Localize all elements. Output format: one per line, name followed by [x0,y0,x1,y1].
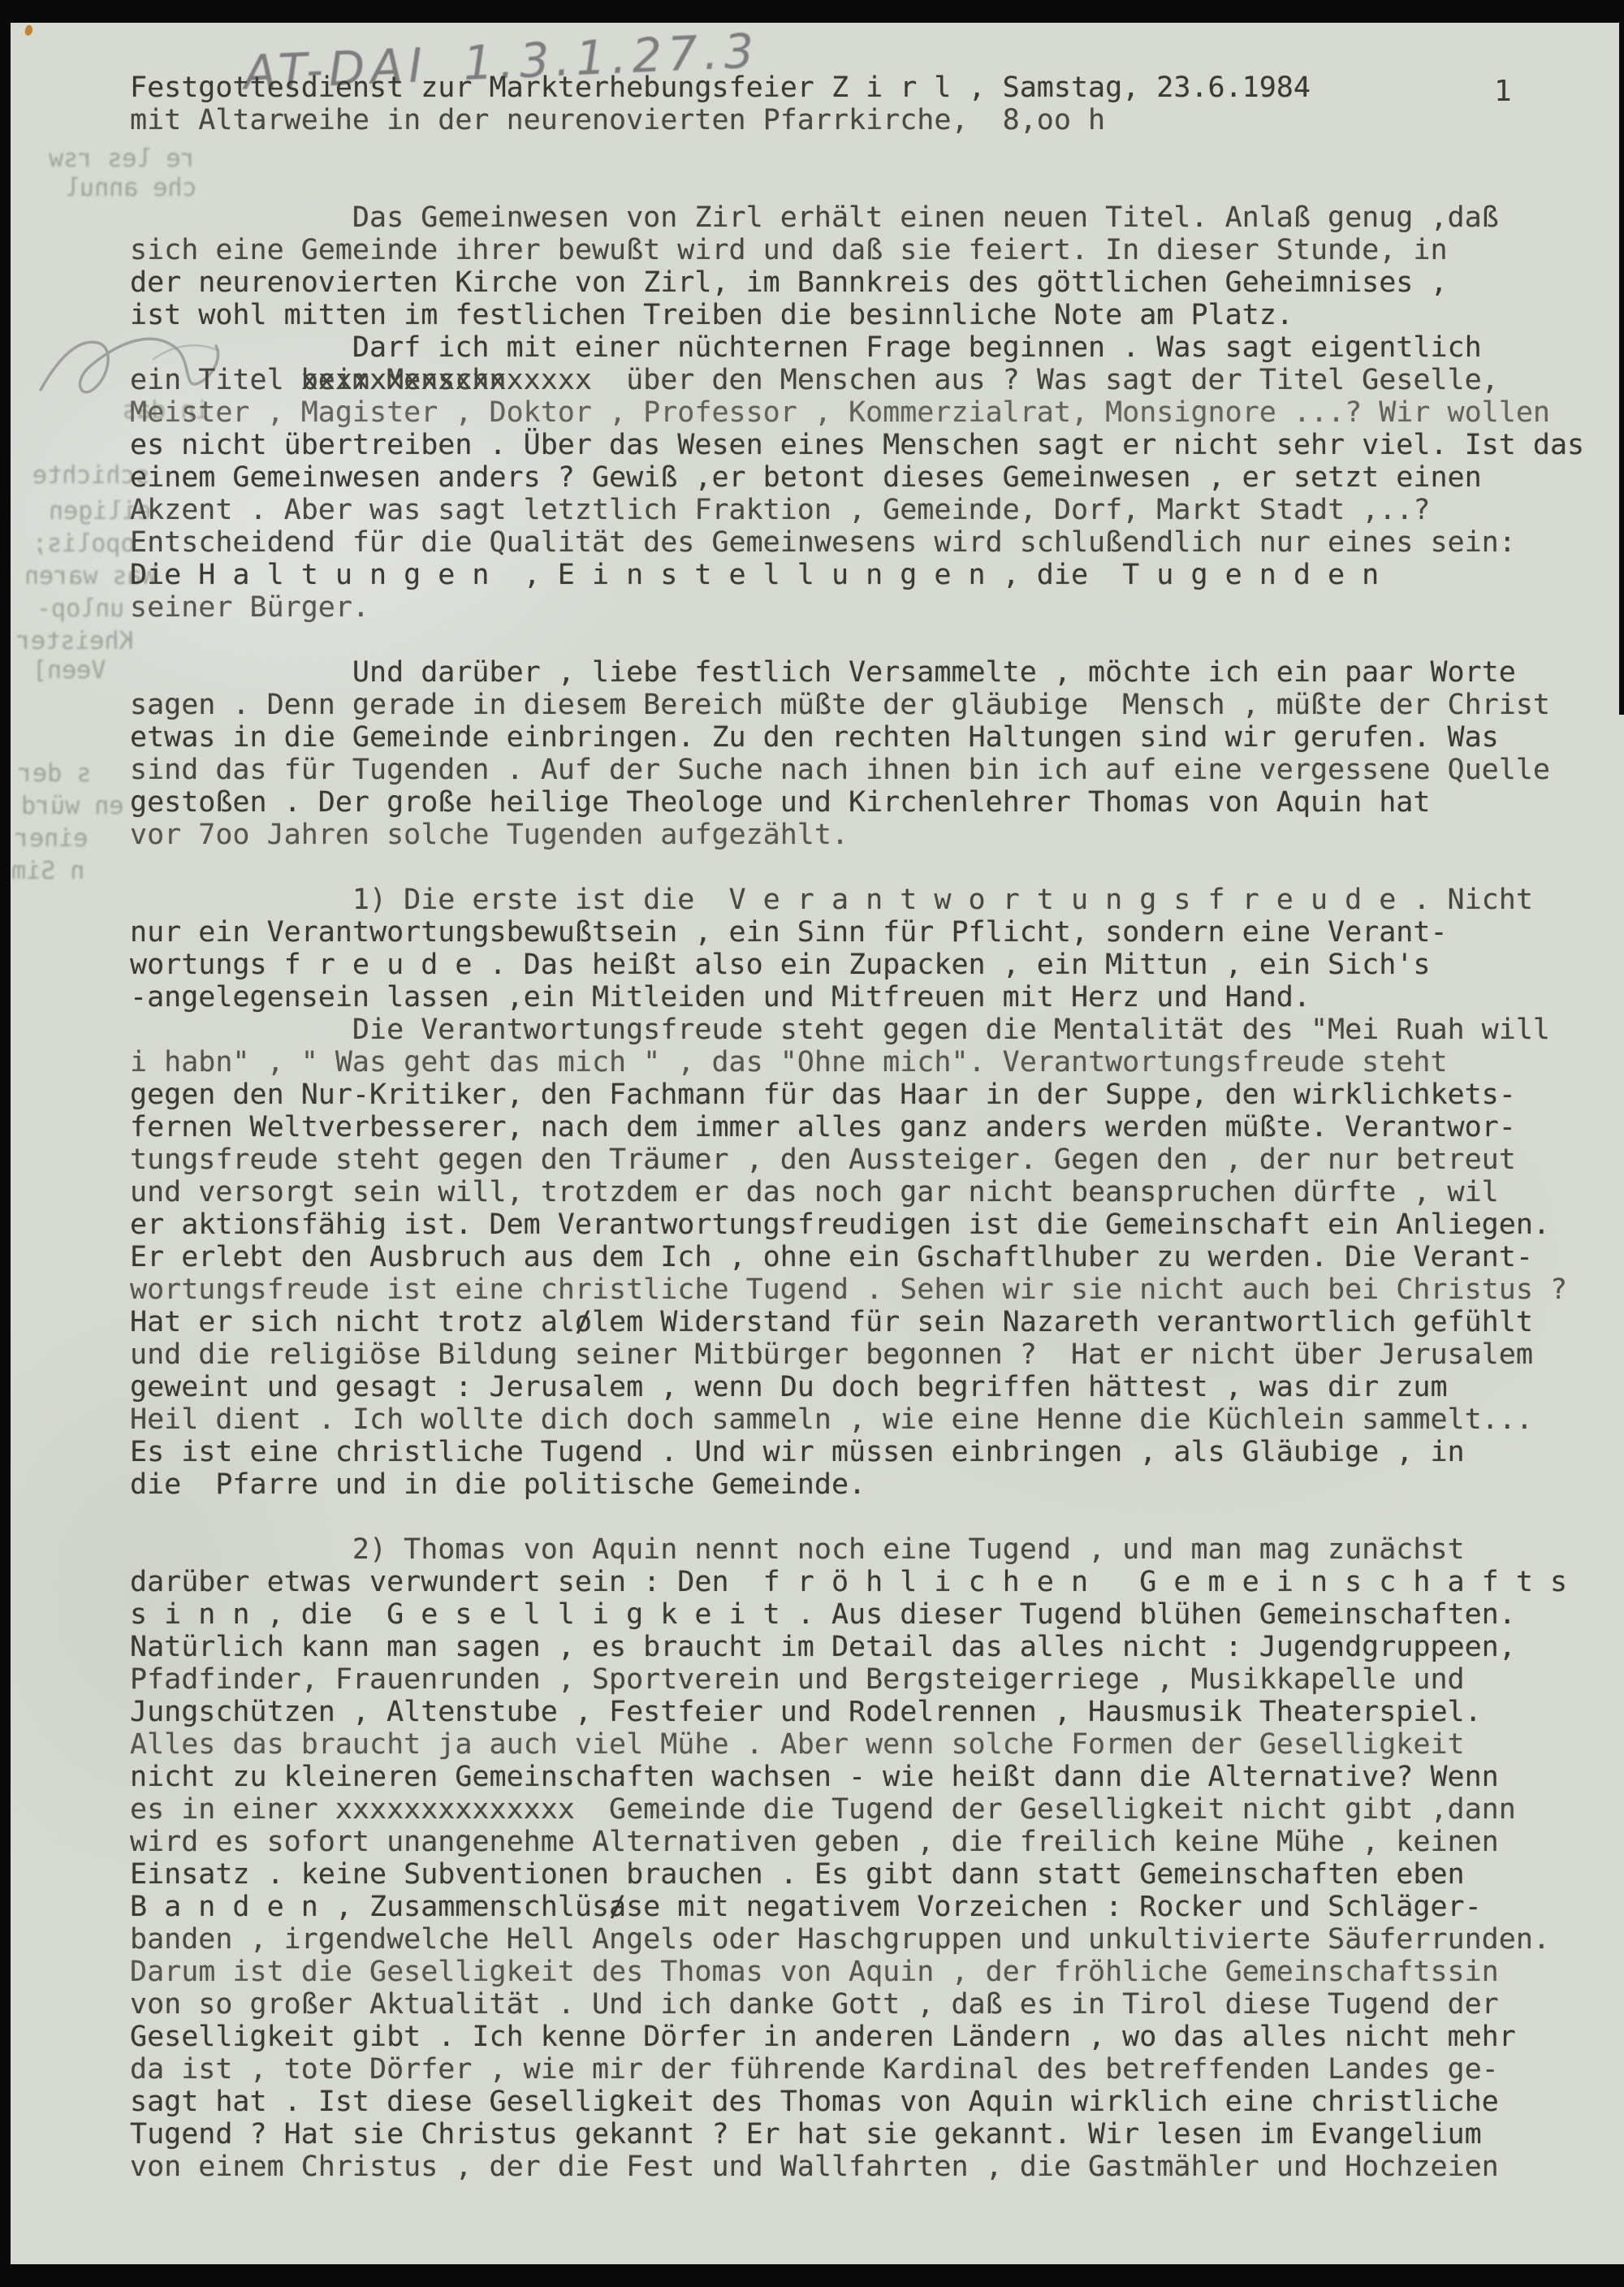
text-line: Heil dient . Ich wollte dich doch sammel… [130,1403,1624,1436]
scan-border-bottom [0,2264,1624,2287]
text-line [130,851,1624,884]
text-line [130,136,1624,169]
text-line: Festgottesdienst zur Markterhebungsfeier… [130,71,1624,104]
text-line: der neurenovierten Kirche von Zirl, im B… [130,266,1624,299]
text-line: und die religiöse Bildung seiner Mitbürg… [130,1338,1624,1371]
document-text: Festgottesdienst zur Markterhebungsfeier… [130,71,1624,2183]
text-line: von einem Christus , der die Fest und Wa… [130,2151,1624,2183]
text-line: -angelegensein lassen ,ein Mitleiden und… [130,981,1624,1014]
text-line: sind das für Tugenden . Auf der Suche na… [130,754,1624,786]
text-line: und versorgt sein will, trotzdem er das … [130,1176,1624,1208]
bleed-through-text: en würd [21,792,123,820]
text-line: es nicht übertreiben . Über das Wesen ei… [130,429,1624,461]
overstruck-text: beimxMenschnxxxxxxxxxxxx [301,364,507,396]
overstruck-text: o/ [575,1306,592,1338]
text-line [130,169,1624,201]
text-line: 1) Die erste ist die V e r a n t w o r t… [130,884,1624,916]
scan-border-top [0,0,1624,23]
text-line: s i n n , die G e s e l l i g k e i t . … [130,1598,1624,1631]
text-line: Das Gemeinwesen von Zirl erhält einen ne… [130,201,1624,234]
text-line: nicht zu kleineren Gemeinschaften wachse… [130,1761,1624,1793]
bleed-through-text: n Sim [11,857,84,885]
text-line: Er erlebt den Ausbruch aus dem Ich , ohn… [130,1241,1624,1273]
text-line: ein Titel beimxMenschnxxxxxxxxxxxxxxxxx … [130,364,1624,396]
text-line: Jungschützen , Altenstube , Festfeier un… [130,1696,1624,1728]
text-line: Entscheidend für die Qualität des Gemein… [130,526,1624,559]
text-line: fernen Weltverbesserer, nach dem immer a… [130,1111,1624,1143]
text-line: wortungsfreude ist eine christliche Tuge… [130,1273,1624,1306]
text-line: er aktionsfähig ist. Dem Verantwortungsf… [130,1208,1624,1241]
text-line: 2) Thomas von Aquin nennt noch eine Tuge… [130,1533,1624,1566]
text-line: Die Verantwortungsfreude steht gegen die… [130,1014,1624,1046]
text-line: tungsfreude steht gegen den Träumer , de… [130,1143,1624,1176]
text-line: Tugend ? Hat sie Christus gekannt ? Er h… [130,2118,1624,2151]
text-line: Es ist eine christliche Tugend . Und wir… [130,1436,1624,1468]
text-line: banden , irgendwelche Hell Angels oder H… [130,1923,1624,1956]
text-line: Natürlich kann man sagen , es braucht im… [130,1631,1624,1663]
bleed-through-text: s der [18,759,91,788]
text-line: von so großer Aktualität . Und ich danke… [130,1988,1624,2021]
text-line: gegen den Nur-Kritiker, den Fachmann für… [130,1079,1624,1111]
text-line: Geselligkeit gibt . Ich kenne Dörfer in … [130,2021,1624,2053]
text-line: vor 7oo Jahren solche Tugenden aufgezähl… [130,819,1624,851]
text-line: gestoßen . Der große heilige Theologe un… [130,786,1624,819]
text-line: i habn" , " Was geht das mich " , das "O… [130,1046,1624,1079]
text-line: Darf ich mit einer nüchternen Frage begi… [130,331,1624,364]
text-line: Pfadfinder, Frauenrunden , Sportverein u… [130,1663,1624,1696]
text-line: einem Gemeinwesen anders ? Gewiß ,er bet… [130,461,1624,494]
text-line: Alles das braucht ja auch viel Mühe . Ab… [130,1728,1624,1761]
bleed-through-text: opolis; [32,530,135,558]
bleed-through-text: unlop- [37,594,124,623]
scanned-document-page: re les rswche annulin dasschichteeiligen… [0,0,1624,2287]
text-line: da ist , tote Dörfer , wie mir der führe… [130,2053,1624,2086]
text-line: sich eine Gemeinde ihrer bewußt wird und… [130,234,1624,266]
text-line [130,1501,1624,1533]
text-line: Meister , Magister , Doktor , Professor … [130,396,1624,429]
text-line: mit Altarweihe in der neurenovierten Pfa… [130,104,1624,136]
text-line: es in einer xxxxxxxxxxxxxx Gemeinde die … [130,1793,1624,1826]
text-line: die Pfarre und in die politische Gemeind… [130,1468,1624,1501]
bleed-through-text: einer [15,824,88,853]
text-line: Akzent . Aber was sagt letztlich Fraktio… [130,494,1624,526]
bleed-through-text: Veen] [32,656,106,685]
text-line: seiner Bürger. [130,591,1624,624]
text-line: Darum ist die Geselligkeit des Thomas vo… [130,1956,1624,1988]
text-line: Hat er sich nicht trotz alo/lem Widersta… [130,1306,1624,1338]
text-line: Und darüber , liebe festlich Versammelte… [130,656,1624,689]
overstruck-text: a/ [609,1891,626,1923]
text-line: nur ein Verantwortungsbewußtsein , ein S… [130,916,1624,949]
text-line: Die H a l t u n g e n , E i n s t e l l … [130,559,1624,591]
scan-border-left [0,0,11,2287]
text-line [130,624,1624,656]
bleed-through-text: Kheister [16,627,134,655]
text-line: B a n d e n , Zusammenschlüsa/se mit neg… [130,1891,1624,1923]
text-line: ist wohl mitten im festlichen Treiben di… [130,299,1624,331]
text-line: wird es sofort unangenehme Alternativen … [130,1826,1624,1858]
text-line: sagen . Denn gerade in diesem Bereich mü… [130,689,1624,721]
text-line: sagt hat . Ist diese Geselligkeit des Th… [130,2086,1624,2118]
text-line: wortungs f r e u d e . Das heißt also ei… [130,949,1624,981]
text-line: Einsatz . keine Subventionen brauchen . … [130,1858,1624,1891]
scan-border-right [1619,0,1624,715]
text-line: darüber etwas verwundert sein : Den f r … [130,1566,1624,1598]
text-line: geweint und gesagt : Jerusalem , wenn Du… [130,1371,1624,1403]
text-line: etwas in die Gemeinde einbringen. Zu den… [130,721,1624,754]
